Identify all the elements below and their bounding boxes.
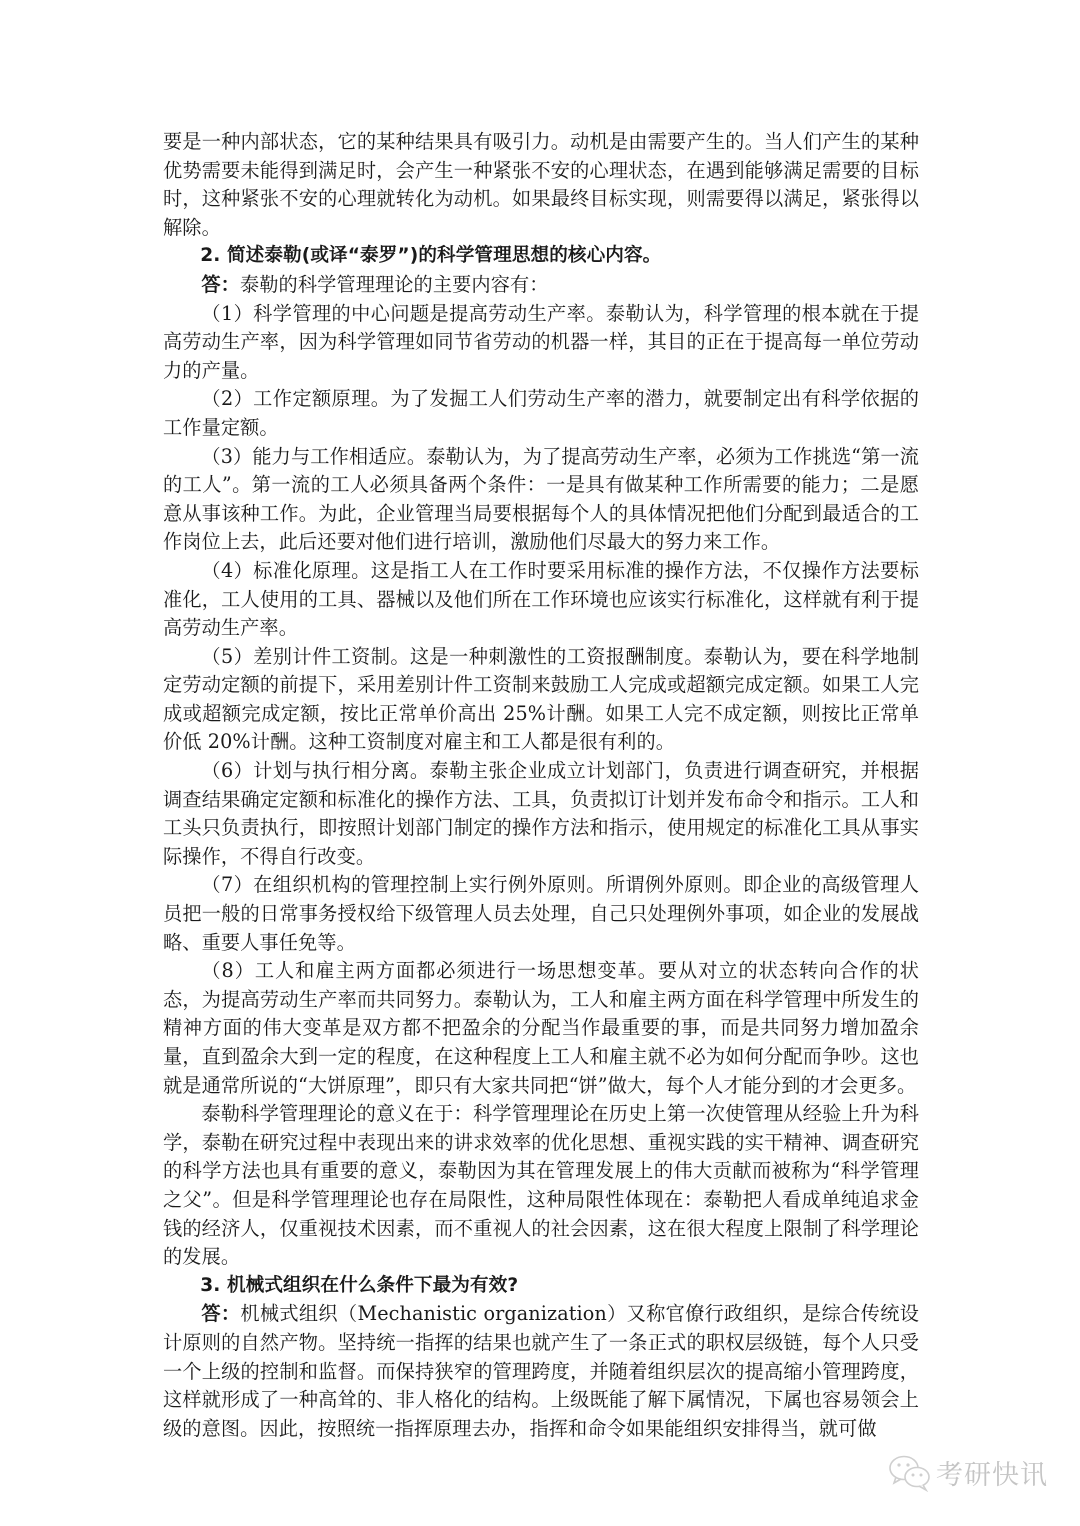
answer-label: 答： xyxy=(201,1302,240,1325)
watermark-text: 考研快讯 xyxy=(936,1453,1048,1492)
question-3-answer: 答：机械式组织（Mechanistic organization）又称官僚行政组… xyxy=(163,1300,919,1443)
list-item: （2）工作定额原理。为了发掘工人们劳动生产率的潜力，就要制定出有科学依据的工作量… xyxy=(163,385,919,442)
list-item: （1）科学管理的中心问题是提高劳动生产率。泰勒认为，科学管理的根本就在于提高劳动… xyxy=(163,300,919,386)
question-2-heading: 2. 简述泰勒(或译“泰罗”)的科学管理思想的核心内容。 xyxy=(163,242,919,271)
list-item: （6）计划与执行相分离。泰勒主张企业成立计划部门，负责进行调查研究，并根据调查结… xyxy=(163,757,919,871)
watermark: 考研快讯 xyxy=(888,1453,1048,1492)
list-item: （4）标准化原理。这是指工人在工作时要采用标准的操作方法，不仅操作方法要标准化，… xyxy=(163,557,919,643)
list-item: （5）差别计件工资制。这是一种刺激性的工资报酬制度。泰勒认为，要在科学地制定劳动… xyxy=(163,643,919,757)
answer-text: 机械式组织（Mechanistic organization）又称官僚行政组织，… xyxy=(163,1302,919,1439)
list-item: （8）工人和雇主两方面都必须进行一场思想变革。要从对立的状态转向合作的状态，为提… xyxy=(163,957,919,1100)
list-item: （7）在组织机构的管理控制上实行例外原则。所谓例外原则。即企业的高级管理人员把一… xyxy=(163,871,919,957)
answer-label: 答： xyxy=(201,273,240,296)
wechat-icon xyxy=(888,1454,932,1492)
list-item: （3）能力与工作相适应。泰勒认为，为了提高劳动生产率，必须为工作挑选“第一流的工… xyxy=(163,443,919,557)
question-3-heading: 3. 机械式组织在什么条件下最为有效? xyxy=(163,1272,919,1301)
answer-intro-text: 泰勒的科学管理理论的主要内容有： xyxy=(240,273,549,296)
document-page: 要是一种内部状态，它的某种结果具有吸引力。动机是由需要产生的。当人们产生的某种优… xyxy=(163,128,919,1443)
question-2-answer-intro: 答：泰勒的科学管理理论的主要内容有： xyxy=(163,271,919,300)
significance-paragraph: 泰勒科学管理理论的意义在于：科学管理理论在历史上第一次使管理从经验上升为科学，泰… xyxy=(163,1100,919,1272)
continuation-paragraph: 要是一种内部状态，它的某种结果具有吸引力。动机是由需要产生的。当人们产生的某种优… xyxy=(163,128,919,242)
